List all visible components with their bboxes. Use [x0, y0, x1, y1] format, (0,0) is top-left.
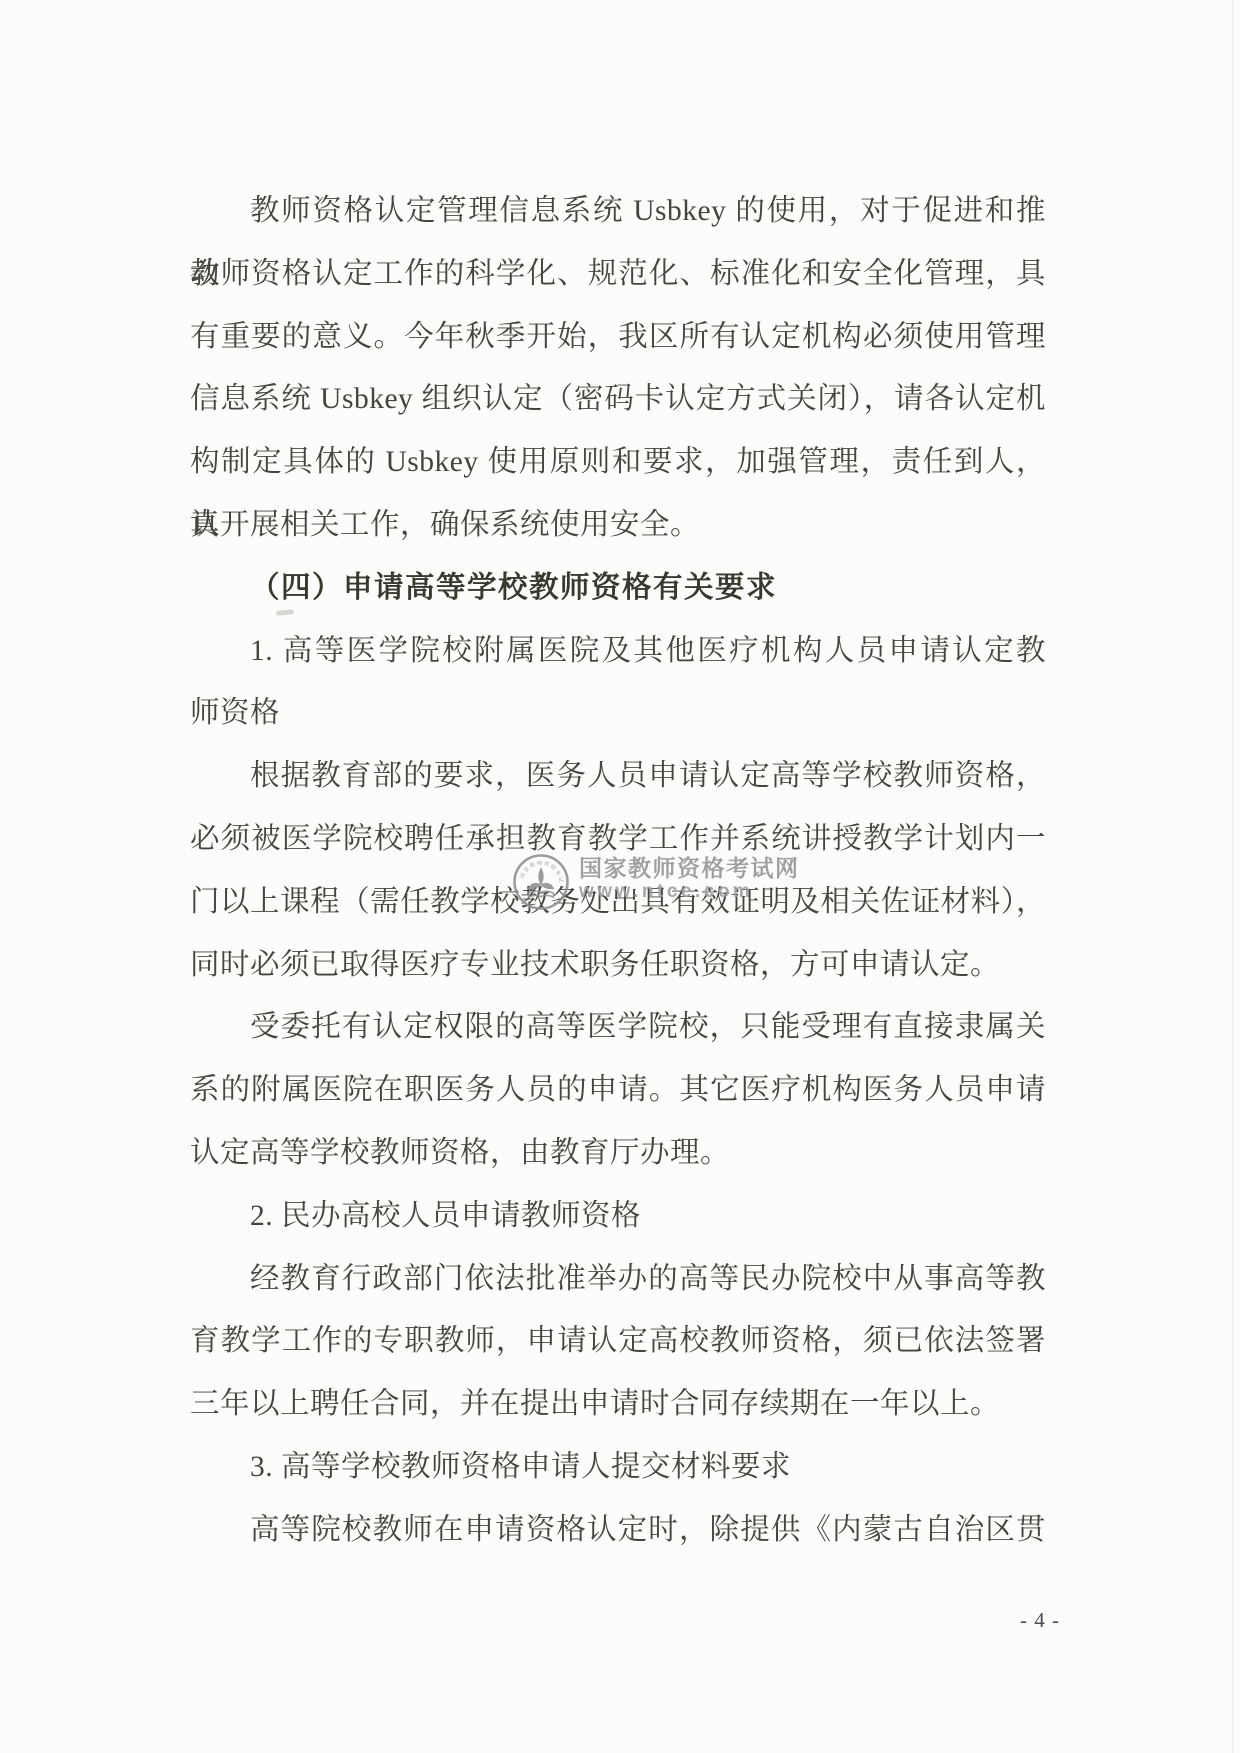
page-number: - 4 - — [1020, 1608, 1060, 1633]
text-line: 育教学工作的专职教师，申请认定高校教师资格，须已依法签署 — [190, 1310, 1046, 1373]
text-line: 必须被医学院校聘任承担教育教学工作并系统讲授教学计划内一 — [190, 808, 1046, 871]
text-line: 门以上课程（需任教学校教务处出具有效证明及相关佐证材料）， — [190, 871, 1046, 934]
text-line: 经教育行政部门依法批准举办的高等民办院校中从事高等教 — [190, 1248, 1046, 1311]
text-line: 三年以上聘任合同，并在提出申请时合同存续期在一年以上。 — [190, 1373, 1046, 1436]
text-line: 有重要的意义。今年秋季开始，我区所有认定机构必须使用管理 — [190, 306, 1046, 369]
text-line: 真开展相关工作，确保系统使用安全。 — [190, 494, 1046, 557]
text-line: 同时必须已取得医疗专业技术职务任职资格，方可申请认定。 — [190, 934, 1046, 997]
text-line: 信息系统 Usbkey 组织认定（密码卡认定方式关闭），请各认定机 — [190, 368, 1046, 431]
subsection-heading: 3. 高等学校教师资格申请人提交材料要求 — [190, 1436, 1046, 1499]
text-line: 教师资格认定工作的科学化、规范化、标准化和安全化管理，具 — [190, 243, 1046, 306]
text-line: 认定高等学校教师资格，由教育厅办理。 — [190, 1122, 1046, 1185]
text-line: 高等院校教师在申请资格认定时，除提供《内蒙古自治区贯 — [190, 1499, 1046, 1562]
text-line: 根据教育部的要求，医务人员申请认定高等学校教师资格， — [190, 745, 1046, 808]
text-line: 受委托有认定权限的高等医学院校，只能受理有直接隶属关 — [190, 996, 1046, 1059]
text-line: 师资格 — [190, 682, 1046, 745]
subsection-heading: 2. 民办高校人员申请教师资格 — [190, 1185, 1046, 1248]
scan-edge-artifact — [1232, 0, 1234, 1753]
text-line: 系的附属医院在职医务人员的申请。其它医疗机构医务人员申请 — [190, 1059, 1046, 1122]
document-body: 教师资格认定管理信息系统 Usbkey 的使用，对于促进和推动 教师资格认定工作… — [190, 180, 1046, 1562]
section-heading: （四）申请高等学校教师资格有关要求 — [190, 557, 1046, 620]
text-line: 构制定具体的 Usbkey 使用原则和要求，加强管理，责任到人，认 — [190, 431, 1046, 494]
document-page: 教师资格认定管理信息系统 Usbkey 的使用，对于促进和推动 教师资格认定工作… — [0, 0, 1240, 1753]
text-line: 教师资格认定管理信息系统 Usbkey 的使用，对于促进和推动 — [190, 180, 1046, 243]
subsection-heading: 1. 高等医学院校附属医院及其他医疗机构人员申请认定教 — [190, 620, 1046, 683]
